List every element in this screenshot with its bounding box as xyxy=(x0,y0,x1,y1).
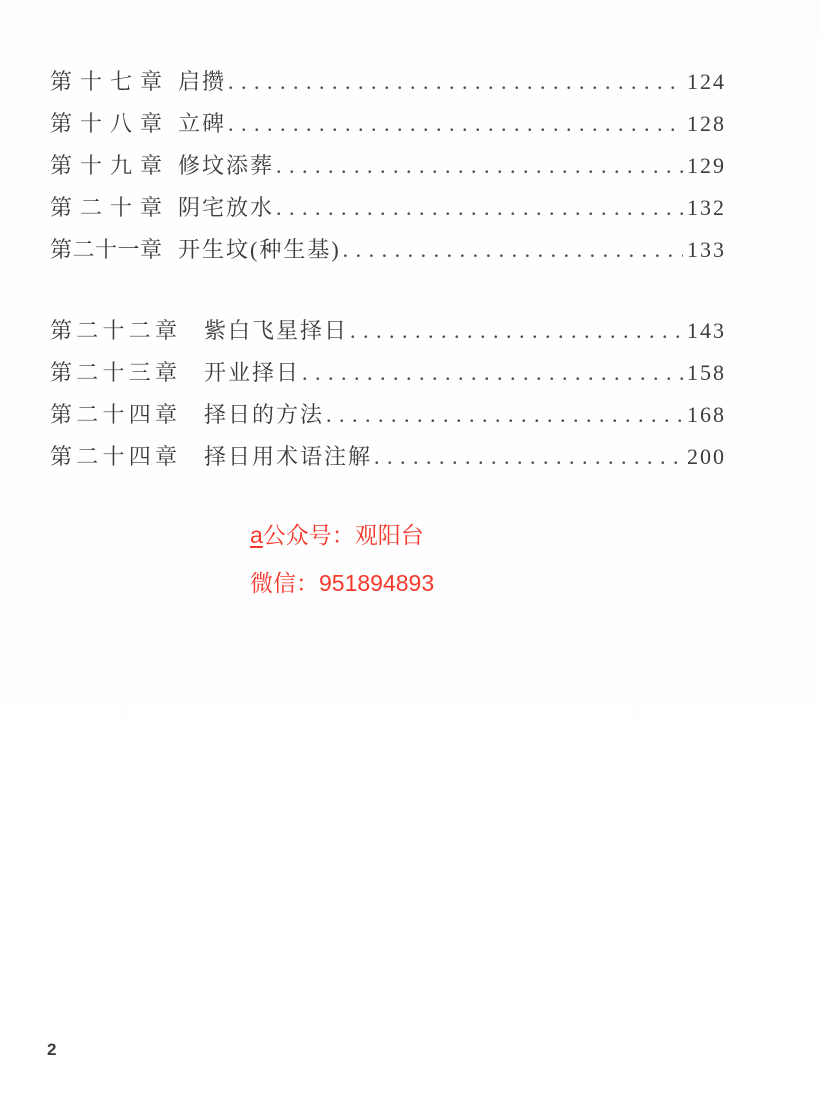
chapter-label: 第二十三章 xyxy=(50,360,177,386)
page-ref: 143 xyxy=(686,318,726,344)
toc-entry: 第十七章 启攒 124 xyxy=(50,69,726,95)
dot-leader xyxy=(228,69,683,95)
chapter-label: 第二十四章 xyxy=(50,402,177,428)
dot-leader xyxy=(350,318,683,344)
watermark-prefix: a xyxy=(250,522,263,548)
toc-entry: 第十八章 立碑 128 xyxy=(50,111,726,137)
dot-leader xyxy=(302,360,683,386)
chapter-label: 第二十一章 xyxy=(50,237,162,263)
page-ref: 129 xyxy=(686,153,726,179)
chapter-title: 立碑 xyxy=(178,111,226,137)
watermark-account-line: a公众号：观阳台 xyxy=(250,520,434,550)
page-ref: 133 xyxy=(686,237,726,263)
scanned-toc-page: 第十七章 启攒 124 第十八章 立碑 128 第十九章 修坟添葬 129 第二… xyxy=(0,0,820,1110)
dot-leader xyxy=(276,195,683,221)
watermark-account-text: 公众号：观阳台 xyxy=(263,522,424,548)
toc-group-chapters-17-21: 第十七章 启攒 124 第十八章 立碑 128 第十九章 修坟添葬 129 第二… xyxy=(50,69,726,263)
chapter-label: 第十七章 xyxy=(50,69,162,95)
chapter-label: 第二十四章 xyxy=(50,444,177,470)
dot-leader xyxy=(374,444,683,470)
chapter-label: 第二十二章 xyxy=(50,318,177,344)
page-number: 2 xyxy=(47,1040,56,1060)
chapter-label: 第二十章 xyxy=(50,195,162,221)
toc-entry: 第二十二章 紫白飞星择日 143 xyxy=(50,318,726,344)
toc-entry: 第二十四章 择日的方法 168 xyxy=(50,402,726,428)
chapter-title: 阴宅放水 xyxy=(178,195,274,221)
page-ref: 124 xyxy=(686,69,726,95)
watermark: a公众号：观阳台 微信：951894893 xyxy=(250,520,434,598)
page-ref: 132 xyxy=(686,195,726,221)
chapter-label: 第十八章 xyxy=(50,111,162,137)
dot-leader xyxy=(276,153,683,179)
toc-entry: 第二十一章 开生坟(种生基) 133 xyxy=(50,237,726,263)
toc-entry: 第二十三章 开业择日 158 xyxy=(50,360,726,386)
chapter-title: 开业择日 xyxy=(204,360,300,386)
watermark-wechat-line: 微信：951894893 xyxy=(250,568,434,598)
dot-leader xyxy=(343,237,683,263)
dot-leader xyxy=(228,111,683,137)
toc-entry: 第二十章 阴宅放水 132 xyxy=(50,195,726,221)
chapter-title: 紫白飞星择日 xyxy=(204,318,348,344)
toc-entry: 第十九章 修坟添葬 129 xyxy=(50,153,726,179)
page-ref: 200 xyxy=(686,444,726,470)
toc-entry: 第二十四章 择日用术语注解 200 xyxy=(50,444,726,470)
chapter-label: 第十九章 xyxy=(50,153,162,179)
chapter-title: 修坟添葬 xyxy=(178,153,274,179)
toc-group-chapters-22-24: 第二十二章 紫白飞星择日 143 第二十三章 开业择日 158 第二十四章 择日… xyxy=(50,318,726,470)
chapter-title: 择日的方法 xyxy=(204,402,324,428)
chapter-title: 择日用术语注解 xyxy=(204,444,372,470)
chapter-title: 开生坟(种生基) xyxy=(178,237,341,263)
page-ref: 168 xyxy=(686,402,726,428)
page-ref: 128 xyxy=(686,111,726,137)
dot-leader xyxy=(326,402,683,428)
page-ref: 158 xyxy=(686,360,726,386)
chapter-title: 启攒 xyxy=(178,69,226,95)
